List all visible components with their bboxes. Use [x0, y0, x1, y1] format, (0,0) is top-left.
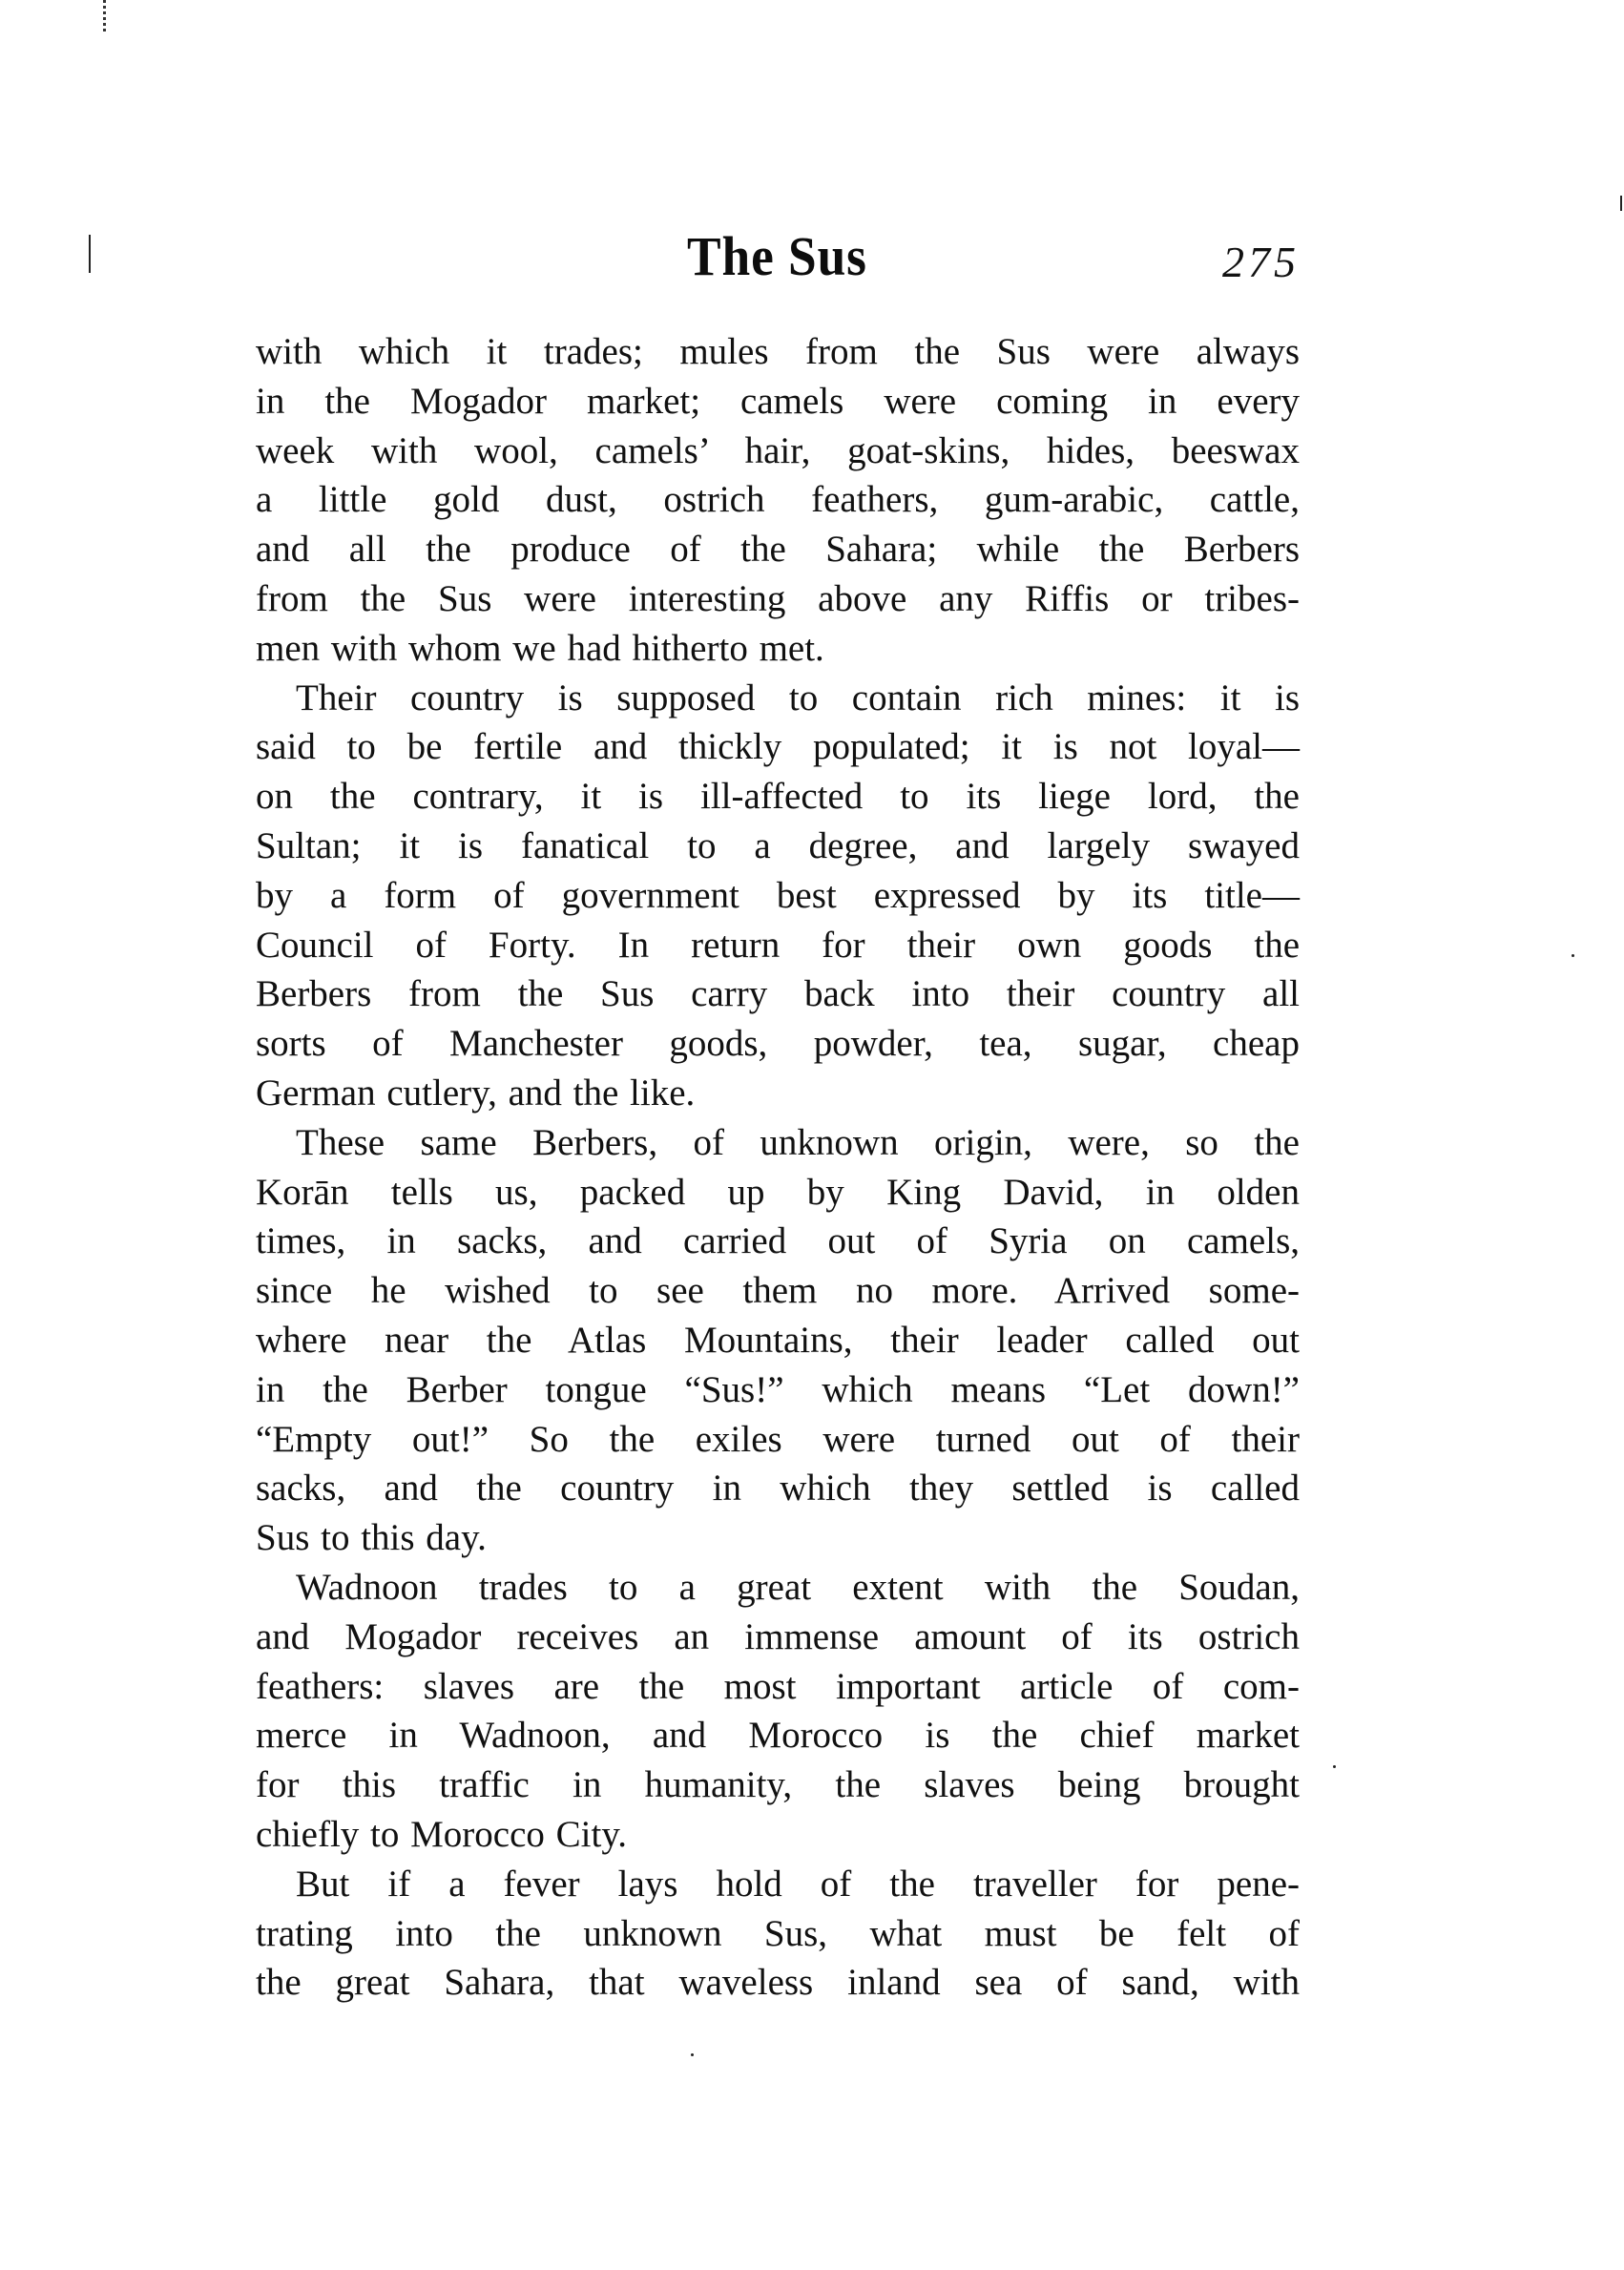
paragraph: Their country is supposed to contain ric… — [256, 674, 1300, 1118]
body-text: with which it trades; mules from the Sus… — [256, 327, 1300, 2008]
text-line: from the Sus were interesting above any … — [256, 574, 1300, 624]
scan-artifact — [1572, 954, 1574, 957]
text-line: trating into the unknown Sus, what must … — [256, 1909, 1300, 1959]
text-line: and all the produce of the Sahara; while… — [256, 525, 1300, 574]
text-line: Sultan; it is fanatical to a degree, and… — [256, 822, 1300, 871]
text-line: chiefly to Morocco City. — [256, 1810, 1300, 1860]
text-line: “Empty out!” So the exiles were turned o… — [256, 1415, 1300, 1465]
paragraph: Wadnoon trades to a great extent with th… — [256, 1563, 1300, 1860]
text-line: Sus to this day. — [256, 1513, 1300, 1563]
scan-artifact — [1620, 196, 1622, 211]
text-line: the great Sahara, that waveless inland s… — [256, 1958, 1300, 2008]
text-line: merce in Wadnoon, and Morocco is the chi… — [256, 1711, 1300, 1760]
text-line: Berbers from the Sus carry back into the… — [256, 969, 1300, 1019]
text-line: sorts of Manchester goods, powder, tea, … — [256, 1019, 1300, 1069]
text-line: week with wool, camels’ hair, goat-skins… — [256, 427, 1300, 476]
text-line: men with whom we had hitherto met. — [256, 624, 1300, 674]
text-line: with which it trades; mules from the Sus… — [256, 327, 1300, 377]
page-number: 275 — [1222, 231, 1300, 294]
text-line: feathers: slaves are the most important … — [256, 1662, 1300, 1712]
book-page: The Sus 275 with which it trades; mules … — [0, 0, 1624, 2270]
text-line: since he wished to see them no more. Arr… — [256, 1266, 1300, 1316]
text-line: These same Berbers, of unknown origin, w… — [256, 1118, 1300, 1168]
scan-artifact — [1333, 1765, 1336, 1768]
text-line: in the Berber tongue “Sus!” which means … — [256, 1365, 1300, 1415]
text-line: German cutlery, and the like. — [256, 1069, 1300, 1118]
paragraph: These same Berbers, of unknown origin, w… — [256, 1118, 1300, 1563]
text-line: said to be fertile and thickly populated… — [256, 722, 1300, 772]
text-line: a little gold dust, ostrich feathers, gu… — [256, 475, 1300, 525]
text-line: Korān tells us, packed up by King David,… — [256, 1168, 1300, 1218]
text-line: on the contrary, it is ill-affected to i… — [256, 772, 1300, 822]
scan-artifact — [103, 0, 106, 32]
chapter-title: The Sus — [687, 225, 867, 288]
text-line: and Mogador receives an immense amount o… — [256, 1613, 1300, 1662]
text-line: in the Mogador market; camels were comin… — [256, 377, 1300, 427]
text-line: Council of Forty. In return for their ow… — [256, 921, 1300, 970]
text-line: Wadnoon trades to a great extent with th… — [256, 1563, 1300, 1613]
scan-artifact — [691, 2053, 694, 2056]
text-line: sacks, and the country in which they set… — [256, 1464, 1300, 1513]
paragraph: with which it trades; mules from the Sus… — [256, 327, 1300, 674]
text-line: for this traffic in humanity, the slaves… — [256, 1760, 1300, 1810]
running-head: The Sus 275 — [256, 225, 1300, 288]
paragraph: But if a fever lays hold of the travelle… — [256, 1860, 1300, 2008]
text-line: times, in sacks, and carried out of Syri… — [256, 1217, 1300, 1266]
text-line: by a form of government best expressed b… — [256, 871, 1300, 921]
text-line: where near the Atlas Mountains, their le… — [256, 1316, 1300, 1365]
text-line: Their country is supposed to contain ric… — [256, 674, 1300, 723]
text-line: But if a fever lays hold of the travelle… — [256, 1860, 1300, 1909]
scan-artifact — [89, 235, 91, 273]
